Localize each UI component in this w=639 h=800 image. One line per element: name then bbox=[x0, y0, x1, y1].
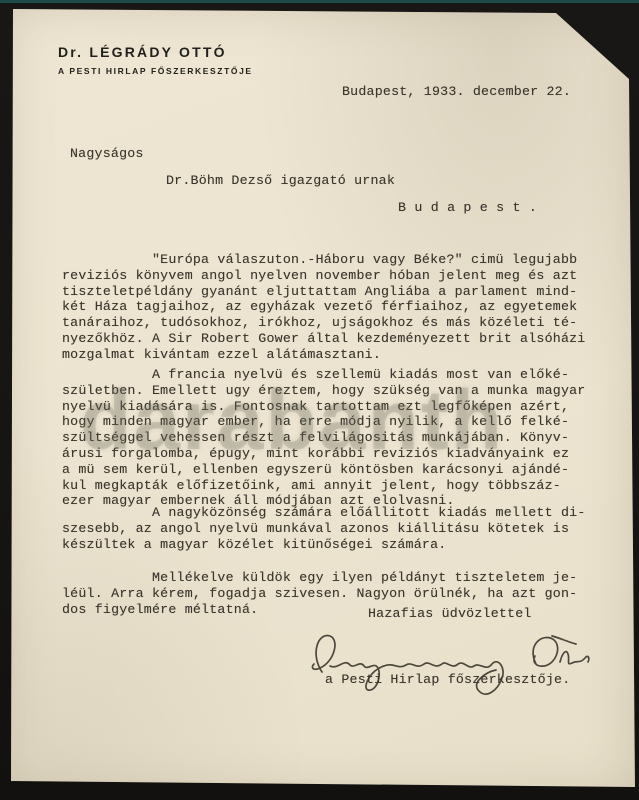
recipient-salutation: Nagyságos bbox=[70, 146, 144, 162]
letterhead-title: A PESTI HIRLAP FŐSZERKESZTŐJE bbox=[58, 66, 253, 76]
recipient-city: B u d a p e s t . bbox=[398, 200, 537, 216]
date-line: Budapest, 1933. december 22. bbox=[342, 84, 571, 100]
scanned-letter: Dr. LÉGRÁDY OTTÓ A PESTI HIRLAP FŐSZERKE… bbox=[0, 0, 639, 800]
body-paragraph-3: A nagyközönség számára előállitott kiadá… bbox=[62, 505, 607, 552]
auction-watermark: darabanth bbox=[80, 372, 580, 469]
scan-top-edge bbox=[0, 0, 639, 3]
recipient-name: Dr.Böhm Dezső igazgató urnak bbox=[166, 173, 395, 189]
letterhead: Dr. LÉGRÁDY OTTÓ A PESTI HIRLAP FŐSZERKE… bbox=[58, 44, 253, 76]
body-paragraph-1: "Európa válaszuton.-Háboru vagy Béke?" c… bbox=[62, 252, 607, 363]
letter-paper: Dr. LÉGRÁDY OTTÓ A PESTI HIRLAP FŐSZERKE… bbox=[0, 0, 639, 800]
handwritten-signature-icon bbox=[300, 620, 600, 710]
letterhead-name: Dr. LÉGRÁDY OTTÓ bbox=[58, 44, 253, 60]
